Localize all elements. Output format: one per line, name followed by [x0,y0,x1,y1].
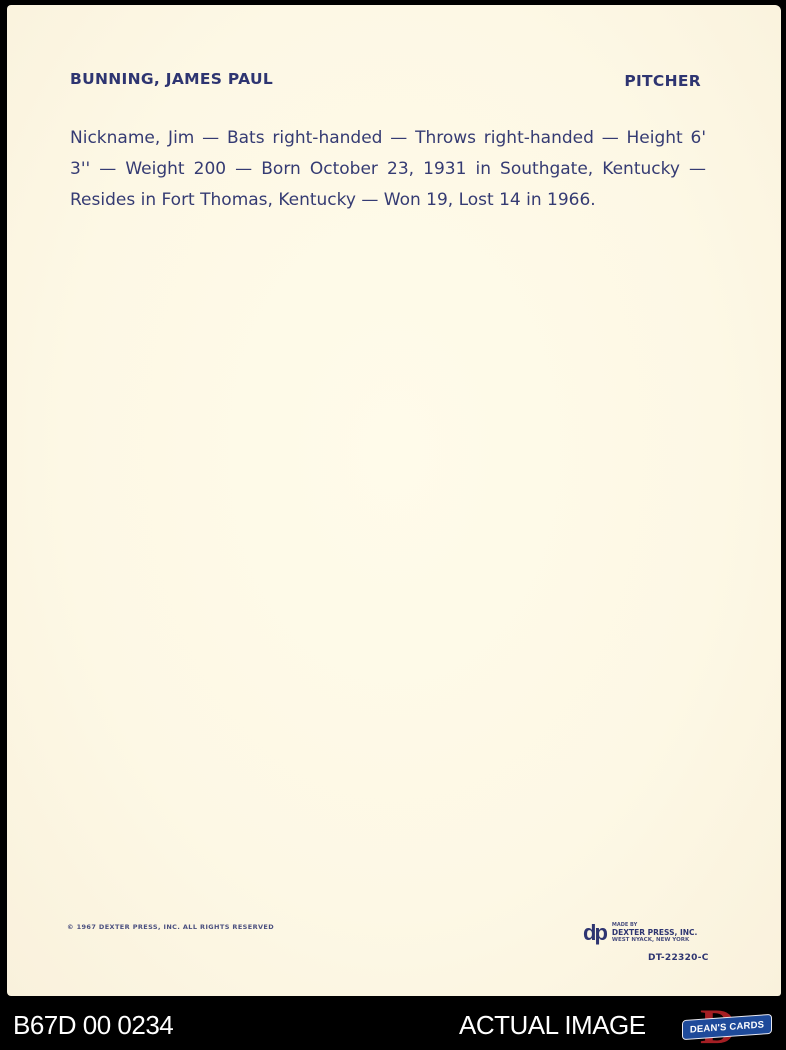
item-id: B67D 00 0234 [13,1010,173,1041]
actual-image-label: ACTUAL IMAGE [459,1010,646,1041]
deans-cards-logo: D DEAN'S CARDS [680,1003,776,1050]
player-name: BUNNING, JAMES PAUL [70,70,273,88]
card-back: BUNNING, JAMES PAUL PITCHER Nickname, Ji… [7,5,781,996]
player-bio: Nickname, Jim — Bats right-handed — Thro… [70,123,706,216]
maker-block: dp MADE BY DEXTER PRESS, INC. WEST NYACK… [583,922,697,944]
card-code: DT-22320-C [648,953,709,963]
copyright-notice: © 1967 DEXTER PRESS, INC. ALL RIGHTS RES… [67,923,274,931]
maker-city: WEST NYACK, NEW YORK [612,938,698,944]
player-position: PITCHER [624,72,701,90]
dp-logo-icon: dp [583,922,606,944]
maker-name: DEXTER PRESS, INC. [612,929,698,937]
brand-banner: DEAN'S CARDS [682,1014,772,1040]
maker-text: MADE BY DEXTER PRESS, INC. WEST NYACK, N… [612,923,698,943]
